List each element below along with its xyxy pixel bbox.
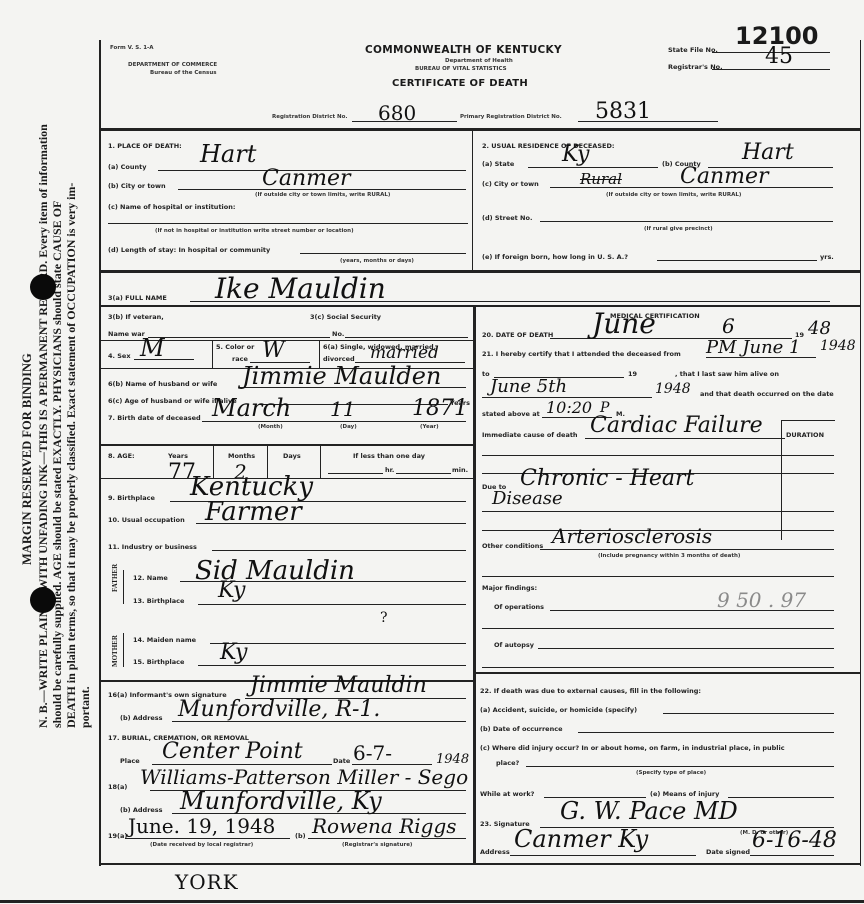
due-to-value-2: Disease [492,488,563,509]
autopsy-field[interactable] [538,648,834,649]
spouse-label: 6(b) Name of husband or wife [108,380,217,388]
day-note: (Day) [340,424,357,430]
death-county-label: (a) County [108,163,146,171]
cause-line-2[interactable] [482,455,834,456]
min-field[interactable] [396,473,451,474]
father-bracket [123,570,124,604]
autopsy-line-2[interactable] [482,667,834,668]
res-street-label: (d) Street No. [482,214,532,222]
occupation-label: 10. Usual occupation [108,516,185,524]
res-state-label: (a) State [482,160,514,168]
mother-side-label: MOTHER [111,635,119,667]
section-1-2-divider [472,131,473,271]
bureau-census-label: Bureau of the Census [150,70,217,76]
reg-district-label: Registration District No. [272,114,347,120]
death-city-label: (b) City or town [108,182,166,190]
res-state-value: Ky [562,142,589,167]
sex-value: M [140,334,165,362]
dod-day-value: 6 [722,314,735,338]
res-city-struck: Rural [580,170,622,188]
attend-from-value: PM June 1 [706,337,801,358]
operations-value: 9 50 . 97 [717,588,806,612]
form-right-border [860,40,861,866]
death-county-value: Hart [200,140,256,168]
other-conditions-label: Other conditions [482,542,543,550]
received-note: (Date received by local registrar) [150,842,253,848]
birthplace-label: 9. Birthplace [108,494,155,502]
mother-birth-label: 15. Birthplace [133,658,184,666]
birth-year-value: 1871 [412,396,468,421]
foreign-suffix: yrs. [820,253,834,261]
funeral-address-label: (b) Address [120,806,163,814]
burial-place-label: Place [120,757,140,765]
injury-place-label: (c) Where did injury occur? In or about … [480,744,785,752]
margin-note-line3: DEATH in plain terms, so that it may be … [64,183,79,728]
immediate-cause-value: Cardiac Failure [590,413,763,438]
mother-birth-field[interactable] [198,665,466,666]
state-title: COMMONWEALTH OF KENTUCKY [365,44,562,56]
birth-day-value: 11 [330,397,355,421]
father-name-label: 12. Name [133,574,168,582]
accident-field[interactable] [663,713,834,714]
occurrence-date-field[interactable] [578,732,834,733]
mother-name-label: 14. Maiden name [133,636,196,644]
operations-label: Of operations [494,603,544,611]
last-seen-label: , that I last saw him alive on [675,370,779,378]
hr-field[interactable] [328,473,383,474]
primary-reg-number: 5831 [595,99,651,124]
death-city-note: (If outside city or town limits, write R… [255,192,390,198]
registrar-sig-value: Rowena Riggs [312,814,457,838]
margin-reserved-text: MARGIN RESERVED FOR BINDING [20,353,35,565]
last-seen-year: 1948 [655,381,691,397]
accident-label: (a) Accident, suicide, or homicide (spec… [480,706,637,714]
attend-from-year: 1948 [820,338,856,354]
mother-name-value: ? [380,610,388,626]
date-signed-value: 6-16-48 [752,828,837,853]
sex-color-divider [212,340,213,368]
foreign-field[interactable] [657,260,817,261]
ss-label: 3(c) Social Security [310,313,381,321]
full-name-label: 3(a) FULL NAME [108,294,167,302]
punch-hole-bottom [30,587,56,613]
margin-note-line1: N. B.—WRITE PLAINLY WITH UNFADING INK—TH… [36,8,51,728]
occurred-label: and that death occurred on the date [700,390,834,398]
birth-date-label: 7. Birth date of deceased [108,414,201,422]
immediate-cause-field[interactable] [585,438,785,439]
dod-year-value: 48 [808,318,831,339]
last-seen-value: June 5th [490,376,567,397]
hospital-note: (If not in hospital or institution write… [155,228,354,234]
burial-date-value: 6-7- [353,741,392,765]
industry-label: 11. Industry or business [108,543,197,551]
month-note: (Month) [258,424,283,430]
father-birth-label: 13. Birthplace [133,597,184,605]
margin-note-line4: portant. [78,686,93,728]
external-divider [476,672,861,674]
res-street-field[interactable] [540,221,833,222]
days-label: Days [283,452,301,460]
age-row-top [99,444,473,446]
section-2-divider [99,270,861,273]
operations-line-2[interactable] [482,628,834,629]
mother-birth-value: Ky [220,640,247,665]
years-label: Years [168,452,188,460]
date-signed-label: Date signed [706,848,750,856]
color-label: 5. Color or [216,343,254,351]
age-label: 8. AGE: [108,452,135,460]
department-label: DEPARTMENT OF COMMERCE [128,62,217,68]
autopsy-label: Of autopsy [494,641,534,649]
veteran-label: 3(b) If veteran, [108,313,164,321]
race-value: W [262,338,285,363]
to-year-prefix: 19 [628,370,637,378]
father-side-label: FATHER [111,564,119,592]
burial-place-value: Center Point [162,739,303,764]
physician-address-field[interactable] [510,855,696,856]
duration-column-divider [781,420,782,540]
ss-no-label: No. [332,330,344,338]
ss-no-field[interactable] [345,337,468,338]
stay-field[interactable] [300,253,466,254]
registrar-sig-note: (Registrar's signature) [342,842,412,848]
occupation-value: Farmer [205,497,302,527]
mother-bracket [123,633,124,667]
stay-label: (d) Length of stay: In hospital or commu… [108,246,270,254]
physician-address-label: Address [480,848,510,856]
residence-title: 2. USUAL RESIDENCE OF DECEASED: [482,142,614,150]
to-label: to [482,370,490,378]
injury-place-note: (Specify type of place) [636,770,706,776]
industry-field[interactable] [212,550,466,551]
death-city-value: Canmer [262,166,351,191]
dod-label: 20. DATE OF DEATH [482,331,553,339]
sex-label: 4. Sex [108,352,131,360]
immediate-cause-label: Immediate cause of death [482,431,578,439]
funeral-label: 18(a) [108,783,127,791]
birth-month-value: March [212,394,291,422]
informant-sig-value: Jimmie Mauldin [250,673,427,698]
hospital-label: (c) Name of hospital or institution: [108,203,235,211]
time-value: 10:20 [546,398,592,417]
res-city-label: (c) City or town [482,180,539,188]
duration-label: DURATION [786,431,824,439]
res-city-value: Canmer [680,164,769,189]
means-field[interactable] [728,797,834,798]
father-birth-field[interactable] [198,604,466,605]
informant-address-value: Munfordville, R-1. [178,697,380,722]
date-signed-field[interactable] [750,855,834,856]
registrar-sig-label: (b) [295,832,306,840]
less-day-label: If less than one day [353,452,425,460]
bureau-vital-label: BUREAU OF VITAL STATISTICS [415,66,507,72]
main-column-divider [473,305,476,863]
foreign-label: (e) If foreign born, how long in U. S. A… [482,253,628,261]
physician-address-value: Canmer Ky [514,825,648,853]
mother-name-field[interactable] [210,643,466,644]
other-conditions-field[interactable] [540,549,834,550]
hospital-field[interactable] [108,223,468,224]
dod-month-value: June [592,307,656,340]
cause-line-4[interactable] [482,511,834,512]
certificate-title: CERTIFICATE OF DEATH [392,78,528,89]
attend-label: 21. I hereby certify that I attended the… [482,350,681,358]
res-county-value: Hart [742,140,794,165]
other-conditions-value: Arteriosclerosis [552,524,712,548]
findings-label: Major findings: [482,584,537,592]
form-left-border [99,40,101,866]
header-divider [99,128,861,131]
months-label: Months [228,452,255,460]
funeral-address-value: Munfordville, Ky [180,787,382,815]
marital-value: married [370,343,439,363]
injury-place-label-2: place? [496,759,519,767]
res-street-note: (If rural give precinct) [644,226,713,232]
age-days-divider [320,446,321,478]
registrar-no-underline [712,69,830,70]
while-at-work-label: While at work? [480,790,534,798]
external-title: 22. If death was due to external causes,… [480,687,701,695]
res-city-note: (If outside city or town limits, write R… [606,192,741,198]
received-field[interactable] [125,838,290,839]
punch-hole-top [30,274,56,300]
hr-label: hr. [385,466,394,474]
min-label: min. [452,466,468,474]
page-bottom-edge [0,900,864,903]
stay-note: (years, months or days) [340,258,414,264]
full-name-value: Ike Mauldin [215,272,386,305]
name-war-field[interactable] [148,337,330,338]
informant-address-label: (b) Address [120,714,163,722]
name-divider [99,305,861,307]
burial-date-label: Date [333,757,350,765]
year-note: (Year) [420,424,439,430]
res-state-field[interactable] [528,167,658,168]
received-value: June. 19, 1948 [128,814,275,838]
injury-place-field[interactable] [526,766,834,767]
reg-district-number: 680 [378,101,416,125]
father-birth-value: Ky [218,578,245,603]
pregnancy-note: (Include pregnancy within 3 months of de… [598,553,740,559]
registrar-number: 45 [765,44,793,69]
registrar-sig-field[interactable] [308,838,466,839]
funeral-value: Williams-Patterson Miller - Sego [140,765,468,789]
duration-top [781,420,835,421]
occurrence-date-label: (b) Date of occurrence [480,725,562,733]
place-of-death-title: 1. PLACE OF DEATH: [108,142,182,150]
state-file-label: State File No. [668,46,718,54]
findings-top [482,576,834,577]
primary-reg-label: Primary Registration District No. [460,114,562,120]
footer-note: YORK [175,870,239,894]
form-number: Form V. S. 1-A [110,45,154,51]
dept-health-label: Department of Health [445,58,513,64]
stated-label: stated above at [482,410,540,418]
spouse-value: Jimmie Maulden [242,362,441,390]
signature-value: G. W. Pace MD [560,797,738,825]
form-bottom-border [99,863,861,865]
